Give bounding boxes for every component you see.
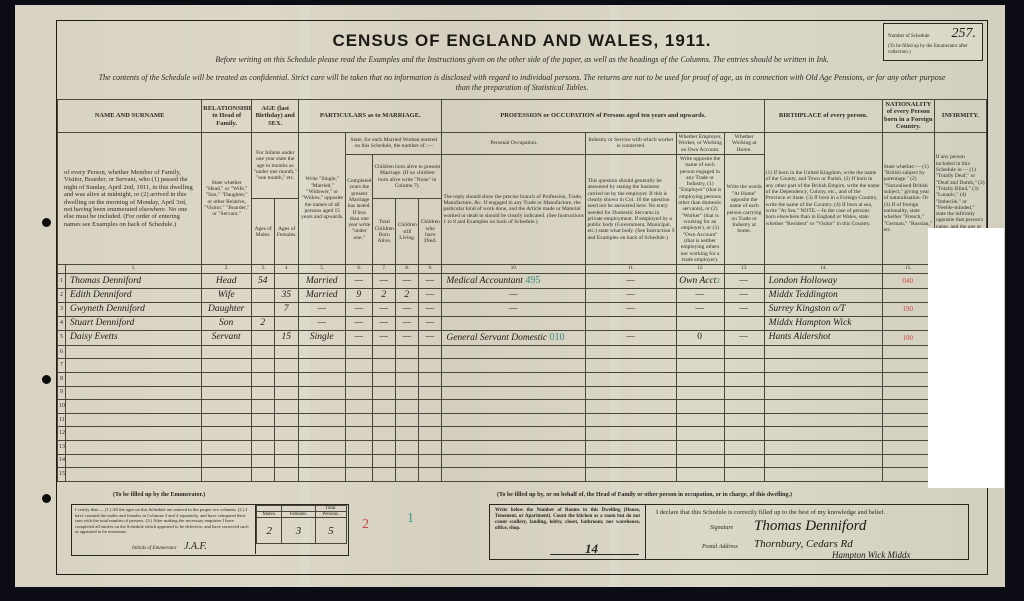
binding-hole xyxy=(42,494,51,503)
employer-instructions: Write opposite the name of each person e… xyxy=(676,154,724,264)
totals-box: Total. Males. Females. Persons. 2 3 5 xyxy=(255,505,347,554)
personal-occupation-instructions: The reply should show the precise branch… xyxy=(442,154,586,264)
header-marriage: PARTICULARS as to MARRIAGE. xyxy=(299,100,442,133)
birthplace-code xyxy=(882,289,934,303)
header-infirmity: INFIRMITY. xyxy=(934,100,986,133)
instruction-statistical: than the preparation of Statistical Tabl… xyxy=(57,83,987,92)
table-row: 1 Thomas Denniford Head 54 Married — — —… xyxy=(58,274,987,289)
column-number: 10. xyxy=(442,265,586,274)
years-married: — xyxy=(346,330,373,345)
header-age: AGE (last Birthday) and SEX. xyxy=(252,100,299,133)
column-number: 13. xyxy=(724,265,764,274)
census-form: CENSUS OF ENGLAND AND WALES, 1911. Befor… xyxy=(56,20,988,575)
age-female: 15 xyxy=(275,330,299,345)
red-tally-mark: 2 xyxy=(362,517,369,533)
personal-occupation xyxy=(442,316,586,330)
occupation-text: General Servant Domestic xyxy=(446,333,547,343)
instruction-confidential: The contents of the Schedule will be tre… xyxy=(57,73,987,82)
birthplace: Middx Hampton Wick xyxy=(764,316,882,330)
schedule-number-box: Number of Schedule 257. (To be filled up… xyxy=(883,23,983,61)
declaration-section: I declare that this Schedule is correctl… xyxy=(650,507,964,561)
row-number: 7 xyxy=(58,359,66,373)
row-number: 4 xyxy=(58,316,66,330)
occupation-text: Medical Accountant xyxy=(446,276,523,286)
column-number: 3. xyxy=(252,265,275,274)
header-industry: Industry or Service with which worker is… xyxy=(586,132,676,154)
table-row-empty: 11 xyxy=(58,413,987,427)
postal-address-label: Postal Address xyxy=(702,544,738,550)
header-ages-males: Ages of Males. xyxy=(252,199,275,265)
row-number: 3 xyxy=(58,303,66,317)
person-name: Gwyneth Denniford xyxy=(66,303,202,317)
relationship: Son xyxy=(202,316,252,330)
rooms-instruction: Write below the Number of Rooms in this … xyxy=(495,508,640,531)
postal-address-line2: Hampton Wick Middx xyxy=(832,550,910,560)
row-number: 14 xyxy=(58,454,66,468)
children-died: — xyxy=(419,316,442,330)
personal-occupation: — xyxy=(442,289,586,303)
years-married-instructions: Completed years the present Marriage has… xyxy=(346,154,373,264)
row-number: 6 xyxy=(58,345,66,359)
marital-status: — xyxy=(299,316,346,330)
children-died: — xyxy=(419,289,442,303)
birthplace-instructions: (1) If born in the United Kingdom, write… xyxy=(764,132,882,264)
age-female xyxy=(275,316,299,330)
working-at-home: — xyxy=(724,330,764,345)
years-married: — xyxy=(346,274,373,289)
age-male: 2 xyxy=(252,316,275,330)
header-at-home: Whether Working at Home. xyxy=(724,132,764,154)
declaration-text: I declare that this Schedule is correctl… xyxy=(656,509,885,516)
enumerator-certification: I certify that:— (1.) All the ages on th… xyxy=(75,507,251,535)
instruction-ink: Before writing on this Schedule please r… xyxy=(57,55,987,64)
table-row-empty: 13 xyxy=(58,440,987,454)
relationship: Head xyxy=(202,274,252,289)
table-row-empty: 8 xyxy=(58,372,987,386)
column-number: 6. xyxy=(346,265,373,274)
children-living: 2 xyxy=(396,289,419,303)
children-total: — xyxy=(373,274,396,289)
birthplace-code: 100 xyxy=(882,330,934,345)
personal-occupation: General Servant Domestic 010 xyxy=(442,330,586,345)
age-female: 35 xyxy=(275,289,299,303)
working-at-home xyxy=(724,316,764,330)
row-number: 2 xyxy=(58,289,66,303)
children-living: — xyxy=(396,303,419,317)
row-number: 9 xyxy=(58,386,66,400)
initials-label: Initials of Enumerator xyxy=(132,546,177,551)
personal-occupation: Medical Accountant 495 xyxy=(442,274,586,289)
working-at-home: — xyxy=(724,289,764,303)
children-total: — xyxy=(373,330,396,345)
household-caption: (To be filled up by, or on behalf of, th… xyxy=(497,492,792,498)
years-married: 9 xyxy=(346,289,373,303)
header-children-living: Children still Living. xyxy=(396,199,419,265)
header-nationality: NATIONALITY of every Person born in a Fo… xyxy=(882,100,934,133)
years-married: — xyxy=(346,303,373,317)
column-number: 12. xyxy=(676,265,724,274)
form-title: CENSUS OF ENGLAND AND WALES, 1911. xyxy=(57,31,987,51)
marital-status: Single xyxy=(299,330,346,345)
column-number: 1. xyxy=(66,265,202,274)
children-total: — xyxy=(373,316,396,330)
marital-status: — xyxy=(299,303,346,317)
children-living: — xyxy=(396,316,419,330)
industry xyxy=(586,316,676,330)
age-male xyxy=(252,303,275,317)
table-row: 4 Stuart Denniford Son 2 — — — — — Middx… xyxy=(58,316,987,330)
enumerator-initials: J.A.F. xyxy=(184,541,207,552)
column-number: 8. xyxy=(396,265,419,274)
column-number: 2. xyxy=(202,265,252,274)
form-footer: (To be filled up by the Enumerator.) I c… xyxy=(57,489,987,575)
column-number: 9. xyxy=(419,265,442,274)
schedule-number-note: (To be filled up by the Enumerator after… xyxy=(888,44,982,55)
green-tally-mark: 1 xyxy=(407,511,414,527)
header-ages-females: Ages of Females. xyxy=(275,199,299,265)
person-name: Stuart Denniford xyxy=(66,316,202,330)
binding-hole xyxy=(42,375,51,384)
row-number: 8 xyxy=(58,372,66,386)
birthplace: Hants Aldershot xyxy=(764,330,882,345)
children-living: — xyxy=(396,330,419,345)
children-died: — xyxy=(419,274,442,289)
rooms-section: Write below the Number of Rooms in this … xyxy=(490,505,646,559)
name-instructions: of every Person, whether Member of Famil… xyxy=(58,132,202,264)
age-male xyxy=(252,330,275,345)
children-died: — xyxy=(419,303,442,317)
children-total: 2 xyxy=(373,289,396,303)
relationship: Servant xyxy=(202,330,252,345)
years-married: — xyxy=(346,316,373,330)
age-instructions: For Infants under one year state the age… xyxy=(252,132,299,199)
birthplace-code xyxy=(882,316,934,330)
employment-status: Own Acct2 xyxy=(676,274,724,289)
total-males: 2 xyxy=(257,518,282,544)
relationship: Daughter xyxy=(202,303,252,317)
working-at-home: — xyxy=(724,274,764,289)
relationship-instructions: State whether "Head," or "Wife," "Son," … xyxy=(202,132,252,264)
census-table: NAME AND SURNAME RELATIONSHIP to Head of… xyxy=(57,99,987,482)
table-row-empty: 12 xyxy=(58,427,987,441)
employment-status xyxy=(676,316,724,330)
birthplace-code: 190 xyxy=(882,303,934,317)
table-row: 2 Edith Denniford Wife 35 Married 9 2 2 … xyxy=(58,289,987,303)
total-females: 3 xyxy=(282,518,315,544)
marital-status-instructions: Write "Single," "Married," "Widower," or… xyxy=(299,132,346,264)
employer-code: 2 xyxy=(716,277,720,285)
redacted-area xyxy=(928,228,1004,488)
header-birthplace: BIRTHPLACE of every person. xyxy=(764,100,882,133)
enumerator-box: I certify that:— (1.) All the ages on th… xyxy=(71,504,349,556)
number-of-rooms: 14 xyxy=(585,541,598,557)
nationality-instructions: State whether:— (1) "British subject by … xyxy=(882,132,934,264)
birthplace: London Holloway xyxy=(764,274,882,289)
table-row-empty: 7 xyxy=(58,359,987,373)
row-number: 12 xyxy=(58,427,66,441)
row-number: 13 xyxy=(58,440,66,454)
header-relationship: RELATIONSHIP to Head of Family. xyxy=(202,100,252,133)
table-row-empty: 10 xyxy=(58,400,987,414)
head-signature: Thomas Denniford xyxy=(754,518,866,535)
row-number: 1 xyxy=(58,274,66,289)
age-male: 54 xyxy=(252,274,275,289)
age-female: 7 xyxy=(275,303,299,317)
table-row: 5 Daisy Evetts Servant 15 Single — — — —… xyxy=(58,330,987,345)
schedule-number: 257. xyxy=(952,26,977,42)
row-number: 15 xyxy=(58,468,66,482)
at-home-instructions: Write the words "At Home" opposite the n… xyxy=(724,154,764,264)
column-number: 15. xyxy=(882,265,934,274)
person-name: Edith Denniford xyxy=(66,289,202,303)
row-number: 11 xyxy=(58,413,66,427)
industry: — xyxy=(586,274,676,289)
table-row-empty: 14 xyxy=(58,454,987,468)
occupation-code: 010 xyxy=(550,332,565,343)
employment-status: 0 xyxy=(676,330,724,345)
binding-hole xyxy=(42,218,51,227)
column-number: 5. xyxy=(299,265,346,274)
person-name: Daisy Evetts xyxy=(66,330,202,345)
row-number: 10 xyxy=(58,400,66,414)
row-number: 5 xyxy=(58,330,66,345)
personal-occupation: — xyxy=(442,303,586,317)
header-name: NAME AND SURNAME xyxy=(58,100,202,133)
married-woman-instructions: State, for each Married Woman entered on… xyxy=(346,132,442,154)
birthplace: Surrey Kingston o/T xyxy=(764,303,882,317)
marital-status: Married xyxy=(299,274,346,289)
column-number: 11. xyxy=(586,265,676,274)
industry-instructions: This question should generally be answer… xyxy=(586,154,676,264)
industry: — xyxy=(586,289,676,303)
household-box: Write below the Number of Rooms in this … xyxy=(489,504,969,560)
column-number-row: 1. 2. 3. 4. 5. 6. 7. 8. 9. 10. 11. 12. 1… xyxy=(58,265,987,274)
occupation-code: 495 xyxy=(525,275,540,286)
table-row-empty: 6 xyxy=(58,345,987,359)
table-row-empty: 15 xyxy=(58,468,987,482)
table-row-empty: 9 xyxy=(58,386,987,400)
employment-status: — xyxy=(676,289,724,303)
marital-status: Married xyxy=(299,289,346,303)
header-total-children: Total Children Born Alive. xyxy=(373,199,396,265)
column-number: 14. xyxy=(764,265,882,274)
schedule-number-label: Number of Schedule xyxy=(888,34,929,39)
industry: — xyxy=(586,303,676,317)
header-occupation: PROFESSION or OCCUPATION of Persons aged… xyxy=(442,100,764,133)
signature-label: Signature xyxy=(710,525,733,531)
birthplace-code: 040 xyxy=(882,274,934,289)
header-employer: Whether Employer, Worker, or Working on … xyxy=(676,132,724,154)
enumerator-caption: (To be filled up by the Enumerator.) xyxy=(113,492,205,498)
column-number: 7. xyxy=(373,265,396,274)
age-female xyxy=(275,274,299,289)
column-number: 4. xyxy=(275,265,299,274)
header-children-died: Children who have Died. xyxy=(419,199,442,265)
relationship: Wife xyxy=(202,289,252,303)
children-total: — xyxy=(373,303,396,317)
table-row: 3 Gwyneth Denniford Daughter 7 — — — — —… xyxy=(58,303,987,317)
employer-text: Own Acct xyxy=(679,276,716,286)
children-living: — xyxy=(396,274,419,289)
industry: — xyxy=(586,330,676,345)
children-born-instructions: Children born alive to present Marriage.… xyxy=(373,154,442,199)
age-male xyxy=(252,289,275,303)
person-name: Thomas Denniford xyxy=(66,274,202,289)
postal-address-line1: Thornbury, Cedars Rd xyxy=(754,538,853,550)
total-persons: 5 xyxy=(315,518,346,544)
header-personal-occupation: Personal Occupation. xyxy=(442,132,586,154)
children-died: — xyxy=(419,330,442,345)
working-at-home: — xyxy=(724,303,764,317)
employment-status: — xyxy=(676,303,724,317)
enumerator-initials-row: Initials of Enumerator J.A.F. xyxy=(132,541,207,552)
birthplace: Middx Teddington xyxy=(764,289,882,303)
